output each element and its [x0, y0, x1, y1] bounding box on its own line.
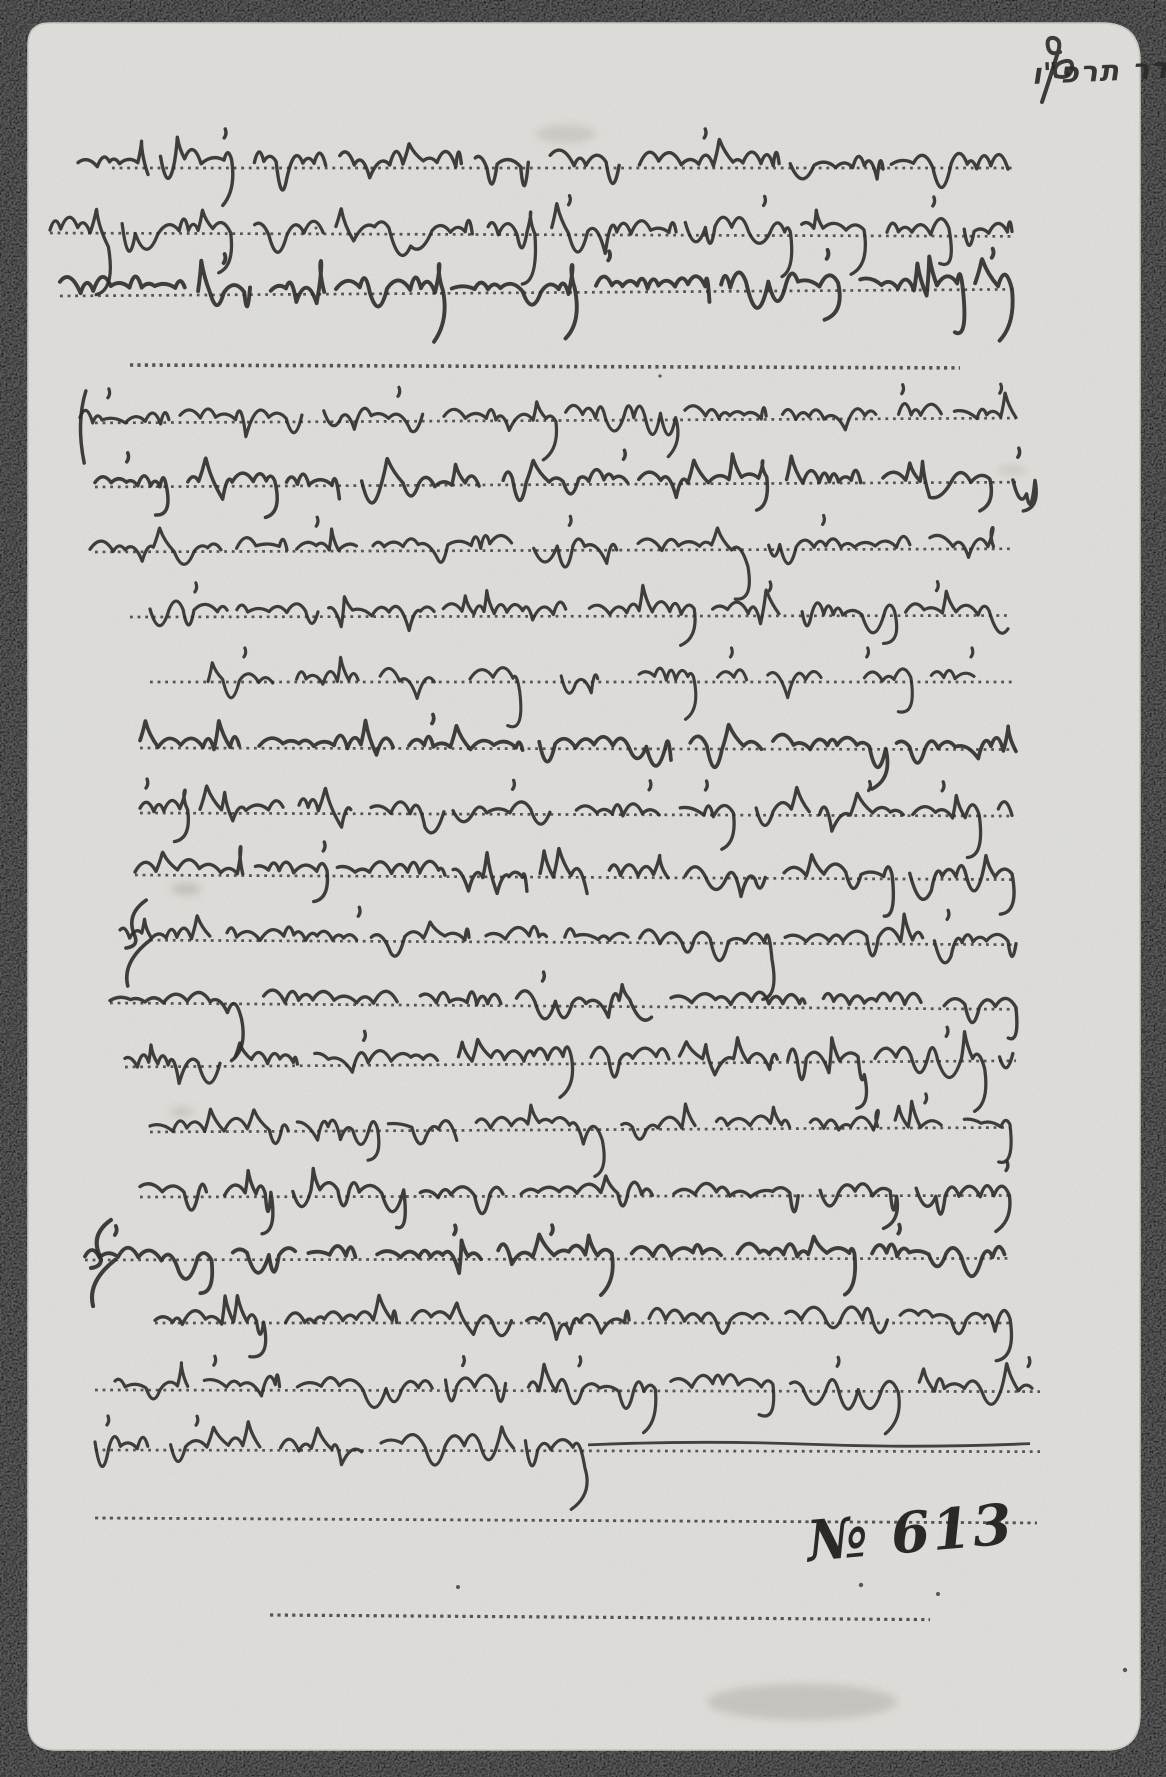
letter-scan: ב"ה פ' אדר תרפ"ו № 613 — [0, 0, 1166, 1777]
ink-speck — [936, 1592, 940, 1596]
ink-speck — [456, 1585, 460, 1589]
ink-speck — [1123, 1668, 1127, 1672]
paper-stain — [998, 465, 1026, 475]
paper-stain — [536, 125, 596, 143]
ink-speck — [658, 374, 661, 377]
paper-stain — [170, 1107, 194, 1117]
scanned-letter-page: ב"ה פ' אדר תרפ"ו № 613 — [0, 0, 1166, 1777]
paper-stain — [707, 1684, 897, 1720]
ink-speck — [859, 1583, 863, 1587]
paper-stain — [171, 883, 201, 895]
ink-speck — [315, 227, 318, 230]
